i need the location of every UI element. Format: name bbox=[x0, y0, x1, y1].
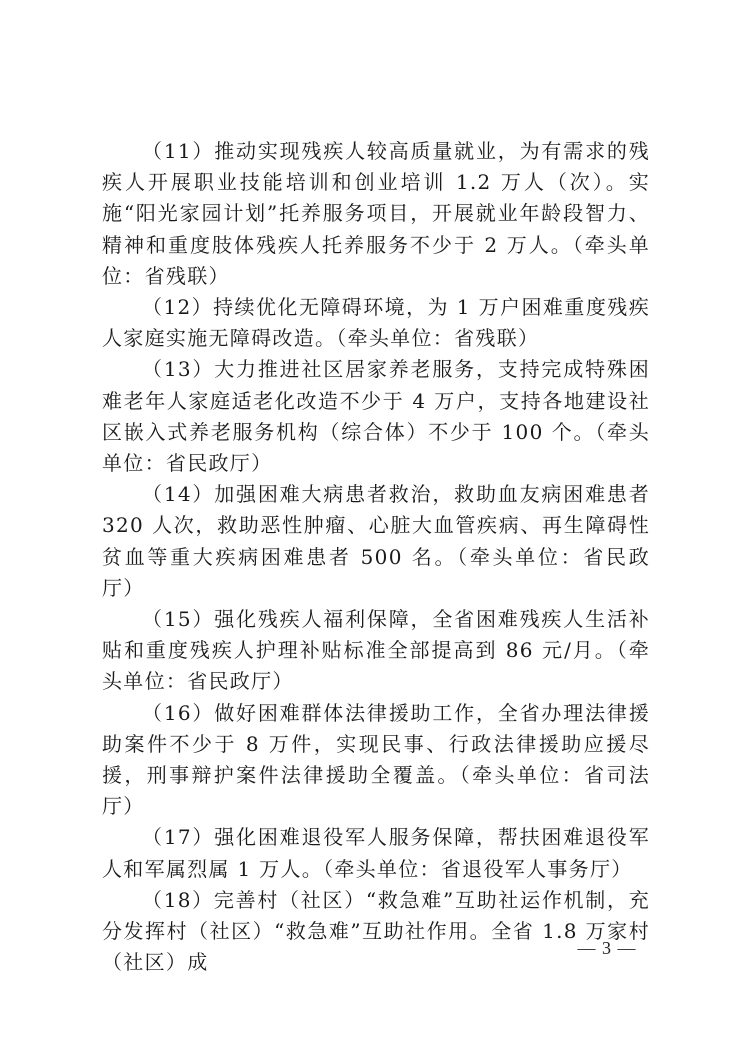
paragraph-16: （16）做好困难群体法律援助工作，全省办理法律援助案件不少于 8 万件，实现民事… bbox=[102, 698, 650, 823]
paragraph-17: （17）强化困难退役军人服务保障，帮扶困难退役军人和军属烈属 1 万人。（牵头单… bbox=[102, 822, 650, 884]
paragraph-12: （12）持续优化无障碍环境，为 1 万户困难重度残疾人家庭实施无障碍改造。（牵头… bbox=[102, 292, 650, 354]
document-page: （11）推动实现残疾人较高质量就业，为有需求的残疾人开展职业技能培训和创业培训 … bbox=[0, 0, 750, 1061]
item-number: （17） bbox=[142, 825, 214, 849]
paragraph-15: （15）强化残疾人福利保障，全省困难残疾人生活补贴和重度残疾人护理补贴标准全部提… bbox=[102, 604, 650, 698]
item-number: （11） bbox=[142, 139, 214, 163]
item-number: （13） bbox=[142, 357, 214, 381]
paragraph-11: （11）推动实现残疾人较高质量就业，为有需求的残疾人开展职业技能培训和创业培训 … bbox=[102, 136, 650, 292]
item-number: （16） bbox=[142, 701, 214, 725]
paragraph-18: （18）完善村（社区）“救急难”互助社运作机制，充分发挥村（社区）“救急难”互助… bbox=[102, 885, 650, 979]
item-number: （14） bbox=[142, 482, 214, 506]
item-number: （18） bbox=[142, 888, 214, 912]
paragraph-13: （13）大力推进社区居家养老服务，支持完成特殊困难老年人家庭适老化改造不少于 4… bbox=[102, 354, 650, 479]
document-body: （11）推动实现残疾人较高质量就业，为有需求的残疾人开展职业技能培训和创业培训 … bbox=[102, 136, 650, 978]
page-number: — 3 — bbox=[574, 938, 640, 959]
item-number: （12） bbox=[142, 295, 213, 319]
paragraph-14: （14）加强困难大病患者救治，救助血友病困难患者 320 人次，救助恶性肿瘤、心… bbox=[102, 479, 650, 604]
item-number: （15） bbox=[142, 607, 214, 631]
